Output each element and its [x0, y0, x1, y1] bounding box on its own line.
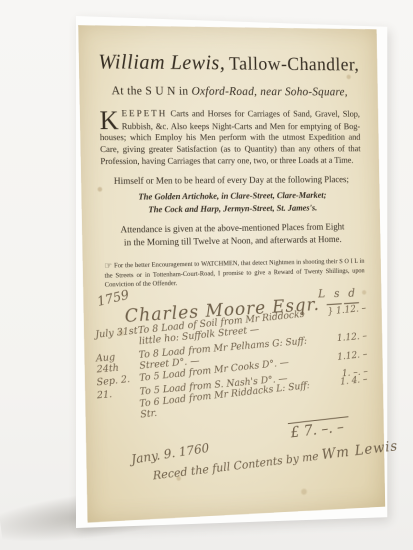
trader-name: William Lewis, [98, 49, 225, 74]
pointing-hand-icon: ☞ [104, 260, 112, 270]
body-paragraph: K EEPETH Carts and Horses for Carriages … [99, 108, 361, 168]
address-location: Oxford-Road, near Soho-Square, [191, 84, 348, 98]
attendance-line: Attendance is given at the above-mention… [119, 222, 346, 250]
body-lead-word: EEPETH [121, 109, 167, 119]
document-paper: William Lewis, Tallow-Chandler, At the S… [78, 25, 385, 522]
entry-date: July 31st [95, 327, 139, 342]
canvas-wrapped-side [52, 28, 78, 539]
places-list: The Golden Artichoke, in Clare-Street, C… [93, 189, 369, 217]
handwritten-ledger: 1759 L s d Charles Moore Esqr. —— July 3… [95, 286, 374, 486]
address-prefix: At the S U N in [111, 83, 188, 97]
canvas-front-face: William Lewis, Tallow-Chandler, At the S… [76, 16, 387, 528]
entry-date: Aug 24th [96, 351, 140, 376]
place-item: The Cock and Harp, Jermyn-Street, St. Ja… [93, 201, 369, 217]
address-line: At the S U N in Oxford-Road, near Soho-S… [91, 83, 367, 99]
reward-notice: ☞ For the better Encouragement to WATCHM… [104, 255, 365, 290]
heard-of-line: Himself or Men to be heard of every Day … [93, 175, 369, 187]
entry-amount: 1.12. – [319, 332, 371, 347]
drop-cap: K [99, 109, 118, 131]
scene: William Lewis, Tallow-Chandler, At the S… [0, 0, 413, 550]
canvas-print: William Lewis, Tallow-Chandler, At the S… [50, 12, 398, 536]
reward-notice-text: For the better Encouragement to WATCHMEN… [104, 258, 364, 289]
signature: Wm Lewis [321, 439, 398, 463]
trade-title: Tallow-Chandler, [229, 54, 360, 76]
ledger-entries: July 31st To 8 Load of Soil from Mr Ridd… [96, 323, 373, 426]
document-title: William Lewis, Tallow-Chandler, [90, 49, 366, 76]
